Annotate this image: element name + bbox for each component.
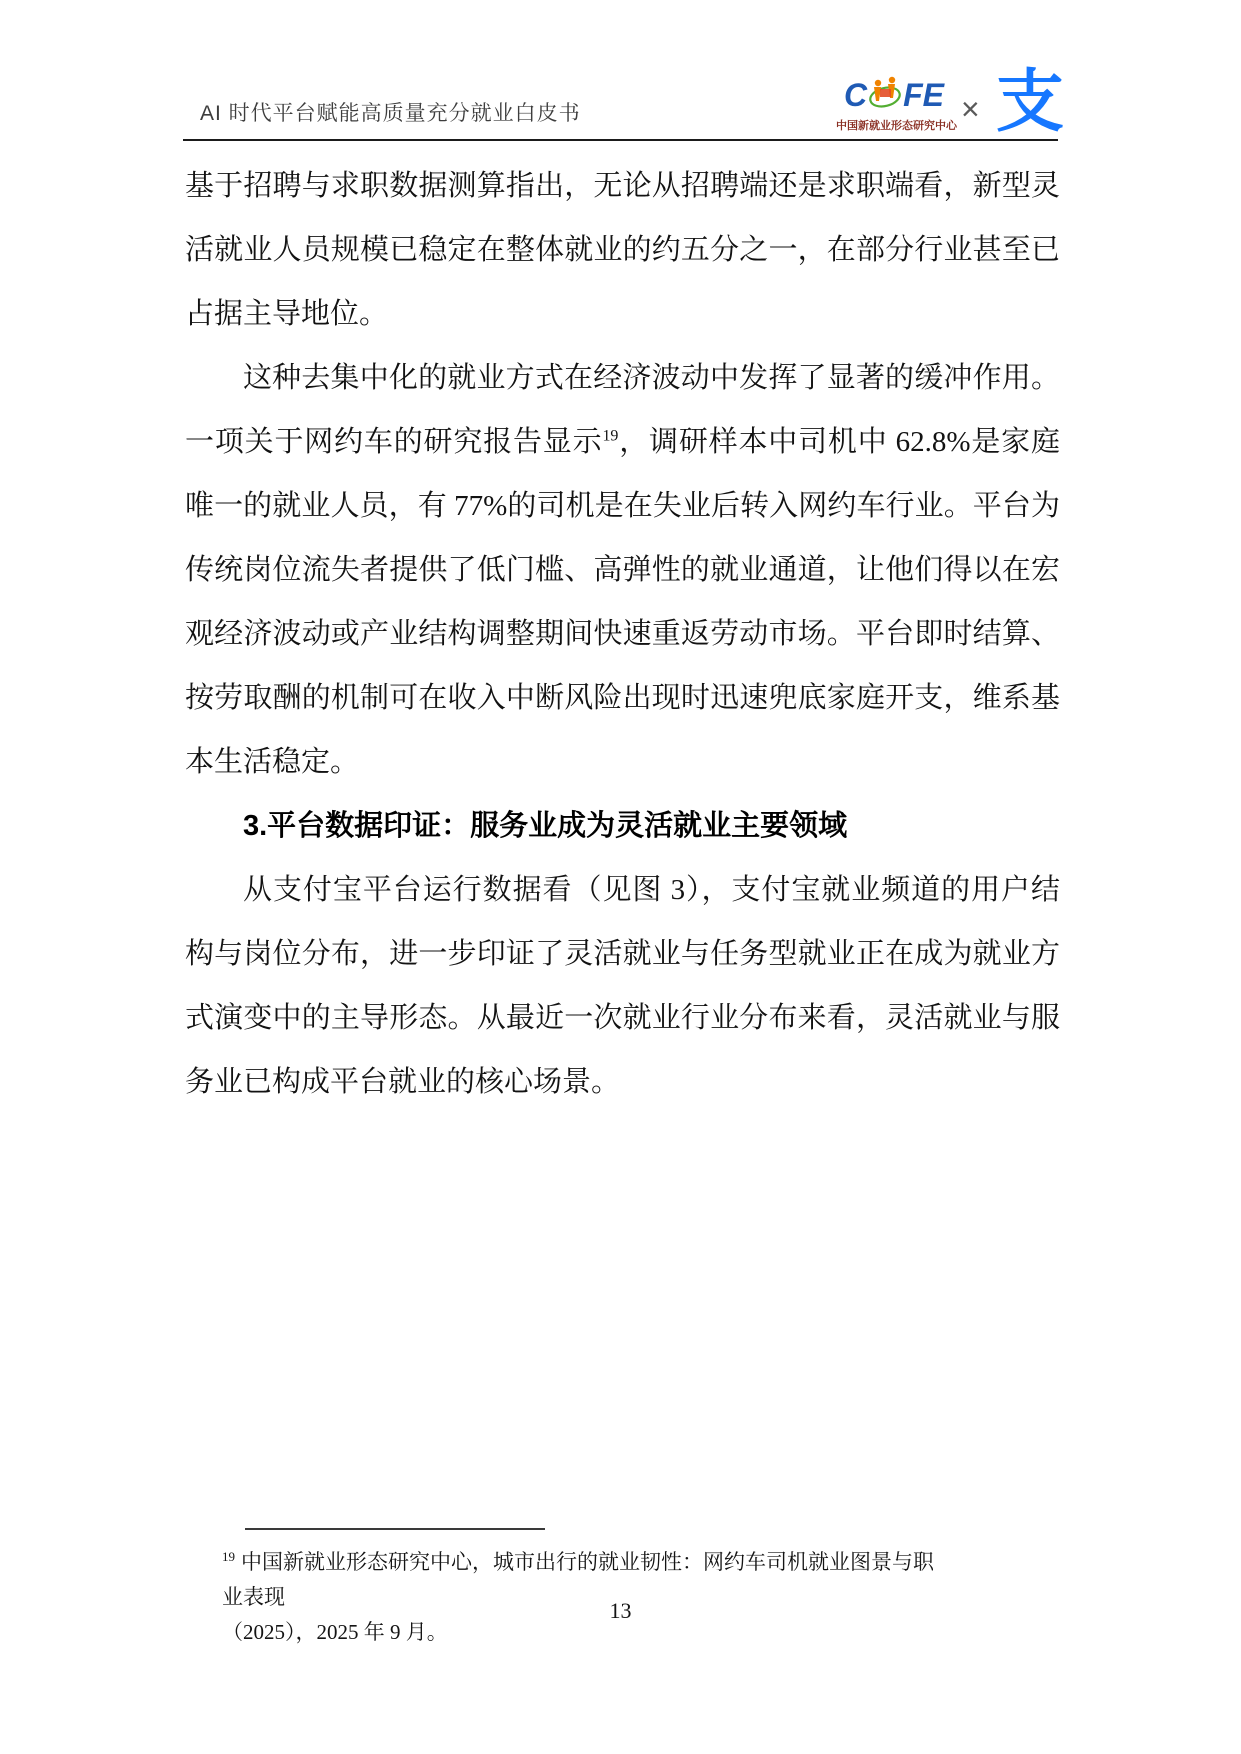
- body-text-line: 构与岗位分布，进一步印证了灵活就业与任务型就业正在成为就业方: [185, 922, 1060, 986]
- text-segment: 本生活稳定。: [185, 746, 359, 778]
- text-segment: 占据主导地位。: [185, 298, 388, 330]
- cnfe-figures-icon: [868, 75, 902, 115]
- text-segment: 观经济波动或产业结构调整期间快速重返劳动市场。平台即时结算、: [185, 618, 1060, 650]
- body-text-line: 观经济波动或产业结构调整期间快速重返劳动市场。平台即时结算、: [185, 602, 1060, 666]
- text-segment: 从支付宝平台运行数据看（见图 3），支付宝就业频道的用户结: [243, 874, 1060, 906]
- cnfe-letter-c: C: [844, 79, 867, 111]
- text-segment: 活就业人员规模已稳定在整体就业的约五分之一，在部分行业甚至已: [185, 234, 1060, 266]
- text-segment: 一项关于网约车的研究报告显示: [185, 426, 602, 458]
- collab-x-icon: ×: [961, 93, 980, 125]
- footnote-ref: 19: [222, 1549, 235, 1564]
- page-number: 13: [0, 1598, 1241, 1624]
- cnfe-wordmark: C FE: [836, 74, 952, 116]
- text-segment: 传统岗位流失者提供了低门槛、高弹性的就业通道，让他们得以在宏: [185, 554, 1060, 586]
- text-segment: 按劳取酬的机制可在收入中断风险出现时迅速兜底家庭开支，维系基: [185, 682, 1060, 714]
- body-text-line: 一项关于网约车的研究报告显示19，调研样本中司机中 62.8%是家庭: [185, 410, 1060, 474]
- body-text-line: 本生活稳定。: [185, 730, 1060, 794]
- alipay-logo: 支: [996, 68, 1064, 136]
- body-text-line: 这种去集中化的就业方式在经济波动中发挥了显著的缓冲作用。: [185, 346, 1060, 410]
- text-segment: 这种去集中化的就业方式在经济波动中发挥了显著的缓冲作用。: [243, 362, 1060, 394]
- footnote-ref: 19: [602, 427, 618, 444]
- body-text-line: 务业已构成平台就业的核心场景。: [185, 1050, 1060, 1114]
- text-segment: 唯一的就业人员，有 77%的司机是在失业后转入网约车行业。平台为: [185, 490, 1060, 522]
- body-text-line: 占据主导地位。: [185, 282, 1060, 346]
- body-text-line: 从支付宝平台运行数据看（见图 3），支付宝就业频道的用户结: [185, 858, 1060, 922]
- body-text-line: 基于招聘与求职数据测算指出，无论从招聘端还是求职端看，新型灵: [185, 154, 1060, 218]
- document-body: 基于招聘与求职数据测算指出，无论从招聘端还是求职端看，新型灵活就业人员规模已稳定…: [185, 154, 1060, 1114]
- footnote-separator: [245, 1528, 545, 1530]
- text-segment: 基于招聘与求职数据测算指出，无论从招聘端还是求职端看，新型灵: [185, 170, 1060, 202]
- text-segment: 务业已构成平台就业的核心场景。: [185, 1066, 620, 1098]
- text-segment: 构与岗位分布，进一步印证了灵活就业与任务型就业正在成为就业方: [185, 938, 1060, 970]
- text-segment: ，调研样本中司机中 62.8%是家庭: [618, 426, 1060, 458]
- document-page: AI 时代平台赋能高质量充分就业白皮书 C FE 中国新就业形态研究中心 × 支…: [0, 0, 1241, 1754]
- body-text-line: 活就业人员规模已稳定在整体就业的约五分之一，在部分行业甚至已: [185, 218, 1060, 282]
- body-text-line: 式演变中的主导形态。从最近一次就业行业分布来看，灵活就业与服: [185, 986, 1060, 1050]
- cnfe-logo: C FE 中国新就业形态研究中心: [836, 74, 952, 133]
- text-segment: 3.平台数据印证：服务业成为灵活就业主要领域: [243, 810, 847, 842]
- header-title: AI 时代平台赋能高质量充分就业白皮书: [200, 97, 581, 127]
- body-text-line: 按劳取酬的机制可在收入中断风险出现时迅速兜底家庭开支，维系基: [185, 666, 1060, 730]
- cnfe-subtitle: 中国新就业形态研究中心: [836, 117, 952, 133]
- body-text-line: 传统岗位流失者提供了低门槛、高弹性的就业通道，让他们得以在宏: [185, 538, 1060, 602]
- text-segment: 式演变中的主导形态。从最近一次就业行业分布来看，灵活就业与服: [185, 1002, 1060, 1034]
- section-heading: 3.平台数据印证：服务业成为灵活就业主要领域: [185, 794, 1060, 858]
- cnfe-letter-fe: FE: [903, 79, 944, 111]
- header-rule: [183, 139, 1058, 141]
- body-text-line: 唯一的就业人员，有 77%的司机是在失业后转入网约车行业。平台为: [185, 474, 1060, 538]
